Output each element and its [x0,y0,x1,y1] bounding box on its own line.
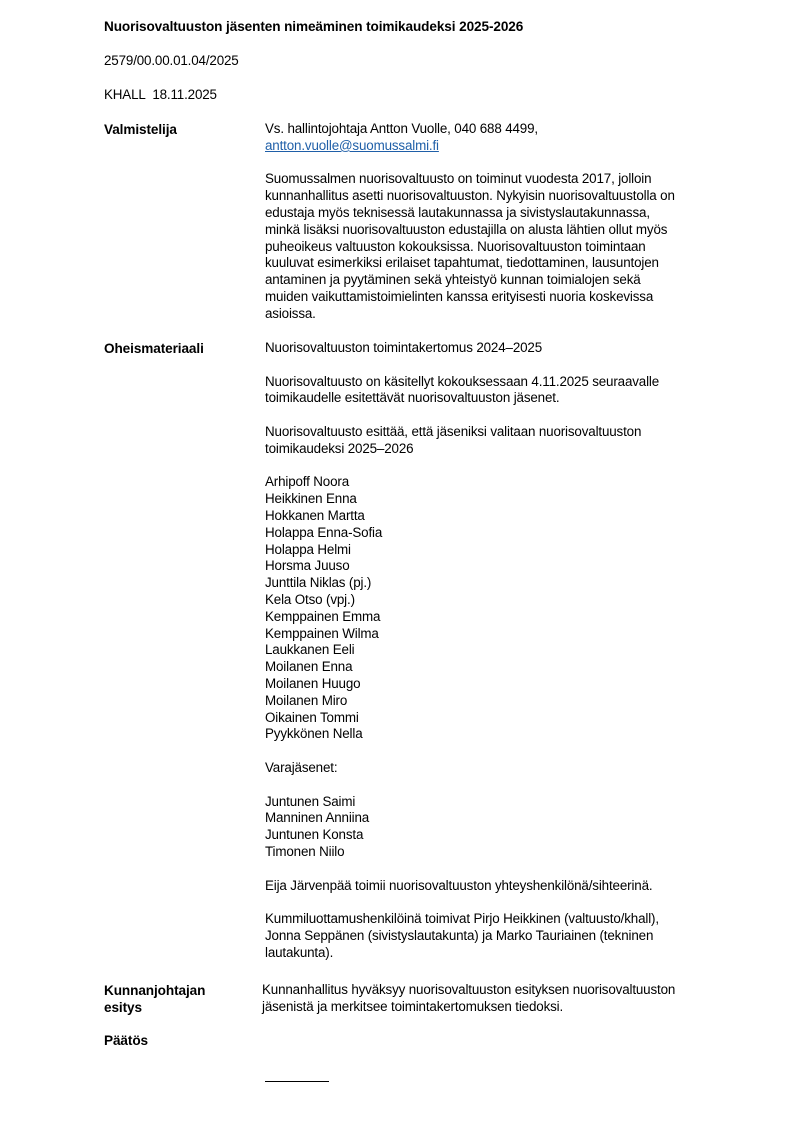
member-item: Oikainen Tommi [265,710,735,727]
text-line: kunnanhallitus asetti nuorisovaltuuston.… [265,188,735,205]
deputy-item: Juntunen Saimi [265,794,735,811]
section-label-paatos: Päätös [104,1032,148,1049]
label-line: Kunnanjohtajan [104,982,205,999]
background-paragraph: Suomussalmen nuorisovaltuusto on toiminu… [265,171,735,322]
document-title: Nuorisovaltuuston jäsenten nimeäminen to… [104,19,523,34]
member-item: Laukkanen Eeli [265,642,735,659]
text-line: asioissa. [265,306,735,323]
text-line: toimikaudeksi 2025–2026 [265,441,735,458]
text-line: jäsenistä ja merkitsee toimintakertomuks… [262,999,732,1016]
section-valmistelija: Vs. hallintojohtaja Antton Vuolle, 040 6… [265,121,735,323]
text-line: Jonna Seppänen (sivistyslautakunta) ja M… [265,928,735,945]
text-line: edustaja myös teknisessä lautakunnassa j… [265,205,735,222]
member-item: Junttila Niklas (pj.) [265,575,735,592]
deputy-item: Timonen Niilo [265,844,735,861]
text-line: Kunnanhallitus hyväksyy nuorisovaltuusto… [262,982,732,999]
text-line: Nuorisovaltuusto on käsitellyt kokoukses… [265,374,735,391]
text-line: antaminen ja pyytäminen sekä yhteistyö k… [265,272,735,289]
member-item: Hokkanen Martta [265,508,735,525]
reference-number: 2579/00.00.01.04/2025 [104,53,239,68]
member-item: Kemppainen Wilma [265,626,735,643]
member-item: Kela Otso (vpj.) [265,592,735,609]
text-line: Suomussalmen nuorisovaltuusto on toiminu… [265,171,735,188]
member-item: Moilanen Enna [265,659,735,676]
section-label-valmistelija: Valmistelija [104,121,177,138]
decision-underline [265,1081,329,1082]
email-link[interactable]: antton.vuolle@suomussalmi.fi [265,138,439,153]
text-line: lautakunta). [265,945,735,962]
member-item: Horsma Juuso [265,558,735,575]
attachment-title: Nuorisovaltuuston toimintakertomus 2024–… [265,340,735,357]
secretary-line: Eija Järvenpää toimii nuorisovaltuuston … [265,878,735,895]
text-line: muiden vaikuttamistoimielinten kanssa er… [265,289,735,306]
deputies-label: Varajäsenet: [265,760,735,777]
deputy-item: Manninen Anniina [265,810,735,827]
label-line: esitys [104,999,205,1016]
text-line: Kummiluottamushenkilöinä toimivat Pirjo … [265,911,735,928]
member-item: Moilanen Miro [265,693,735,710]
deputies-list: Juntunen SaimiManninen AnniinaJuntunen K… [265,794,735,861]
meeting-info: KHALL 18.11.2025 [104,87,217,102]
member-item: Holappa Enna-Sofia [265,525,735,542]
member-item: Heikkinen Enna [265,491,735,508]
section-label-esitys: Kunnanjohtajan esitys [104,982,205,1016]
member-item: Holappa Helmi [265,542,735,559]
member-item: Moilanen Huugo [265,676,735,693]
deputy-item: Juntunen Konsta [265,827,735,844]
section-esitys: Kunnanhallitus hyväksyy nuorisovaltuusto… [262,982,732,1016]
member-item: Pyykkönen Nella [265,726,735,743]
text-line: puheoikeus valtuuston kokouksissa. Nuori… [265,239,735,256]
text-line: Nuorisovaltuusto esittää, että jäseniksi… [265,424,735,441]
text-line: toimikaudelle esitettävät nuorisovaltuus… [265,390,735,407]
member-item: Arhipoff Noora [265,474,735,491]
members-list: Arhipoff NooraHeikkinen EnnaHokkanen Mar… [265,474,735,743]
section-label-oheismateriaali: Oheismateriaali [104,340,204,357]
member-item: Kemppainen Emma [265,609,735,626]
section-oheismateriaali: Nuorisovaltuuston toimintakertomus 2024–… [265,340,735,961]
text-line: minkä lisäksi nuorisovaltuuston edustaji… [265,222,735,239]
preparer-line: Vs. hallintojohtaja Antton Vuolle, 040 6… [265,121,735,138]
text-line: kuuluvat esimerkiksi erilaiset tapahtuma… [265,255,735,272]
